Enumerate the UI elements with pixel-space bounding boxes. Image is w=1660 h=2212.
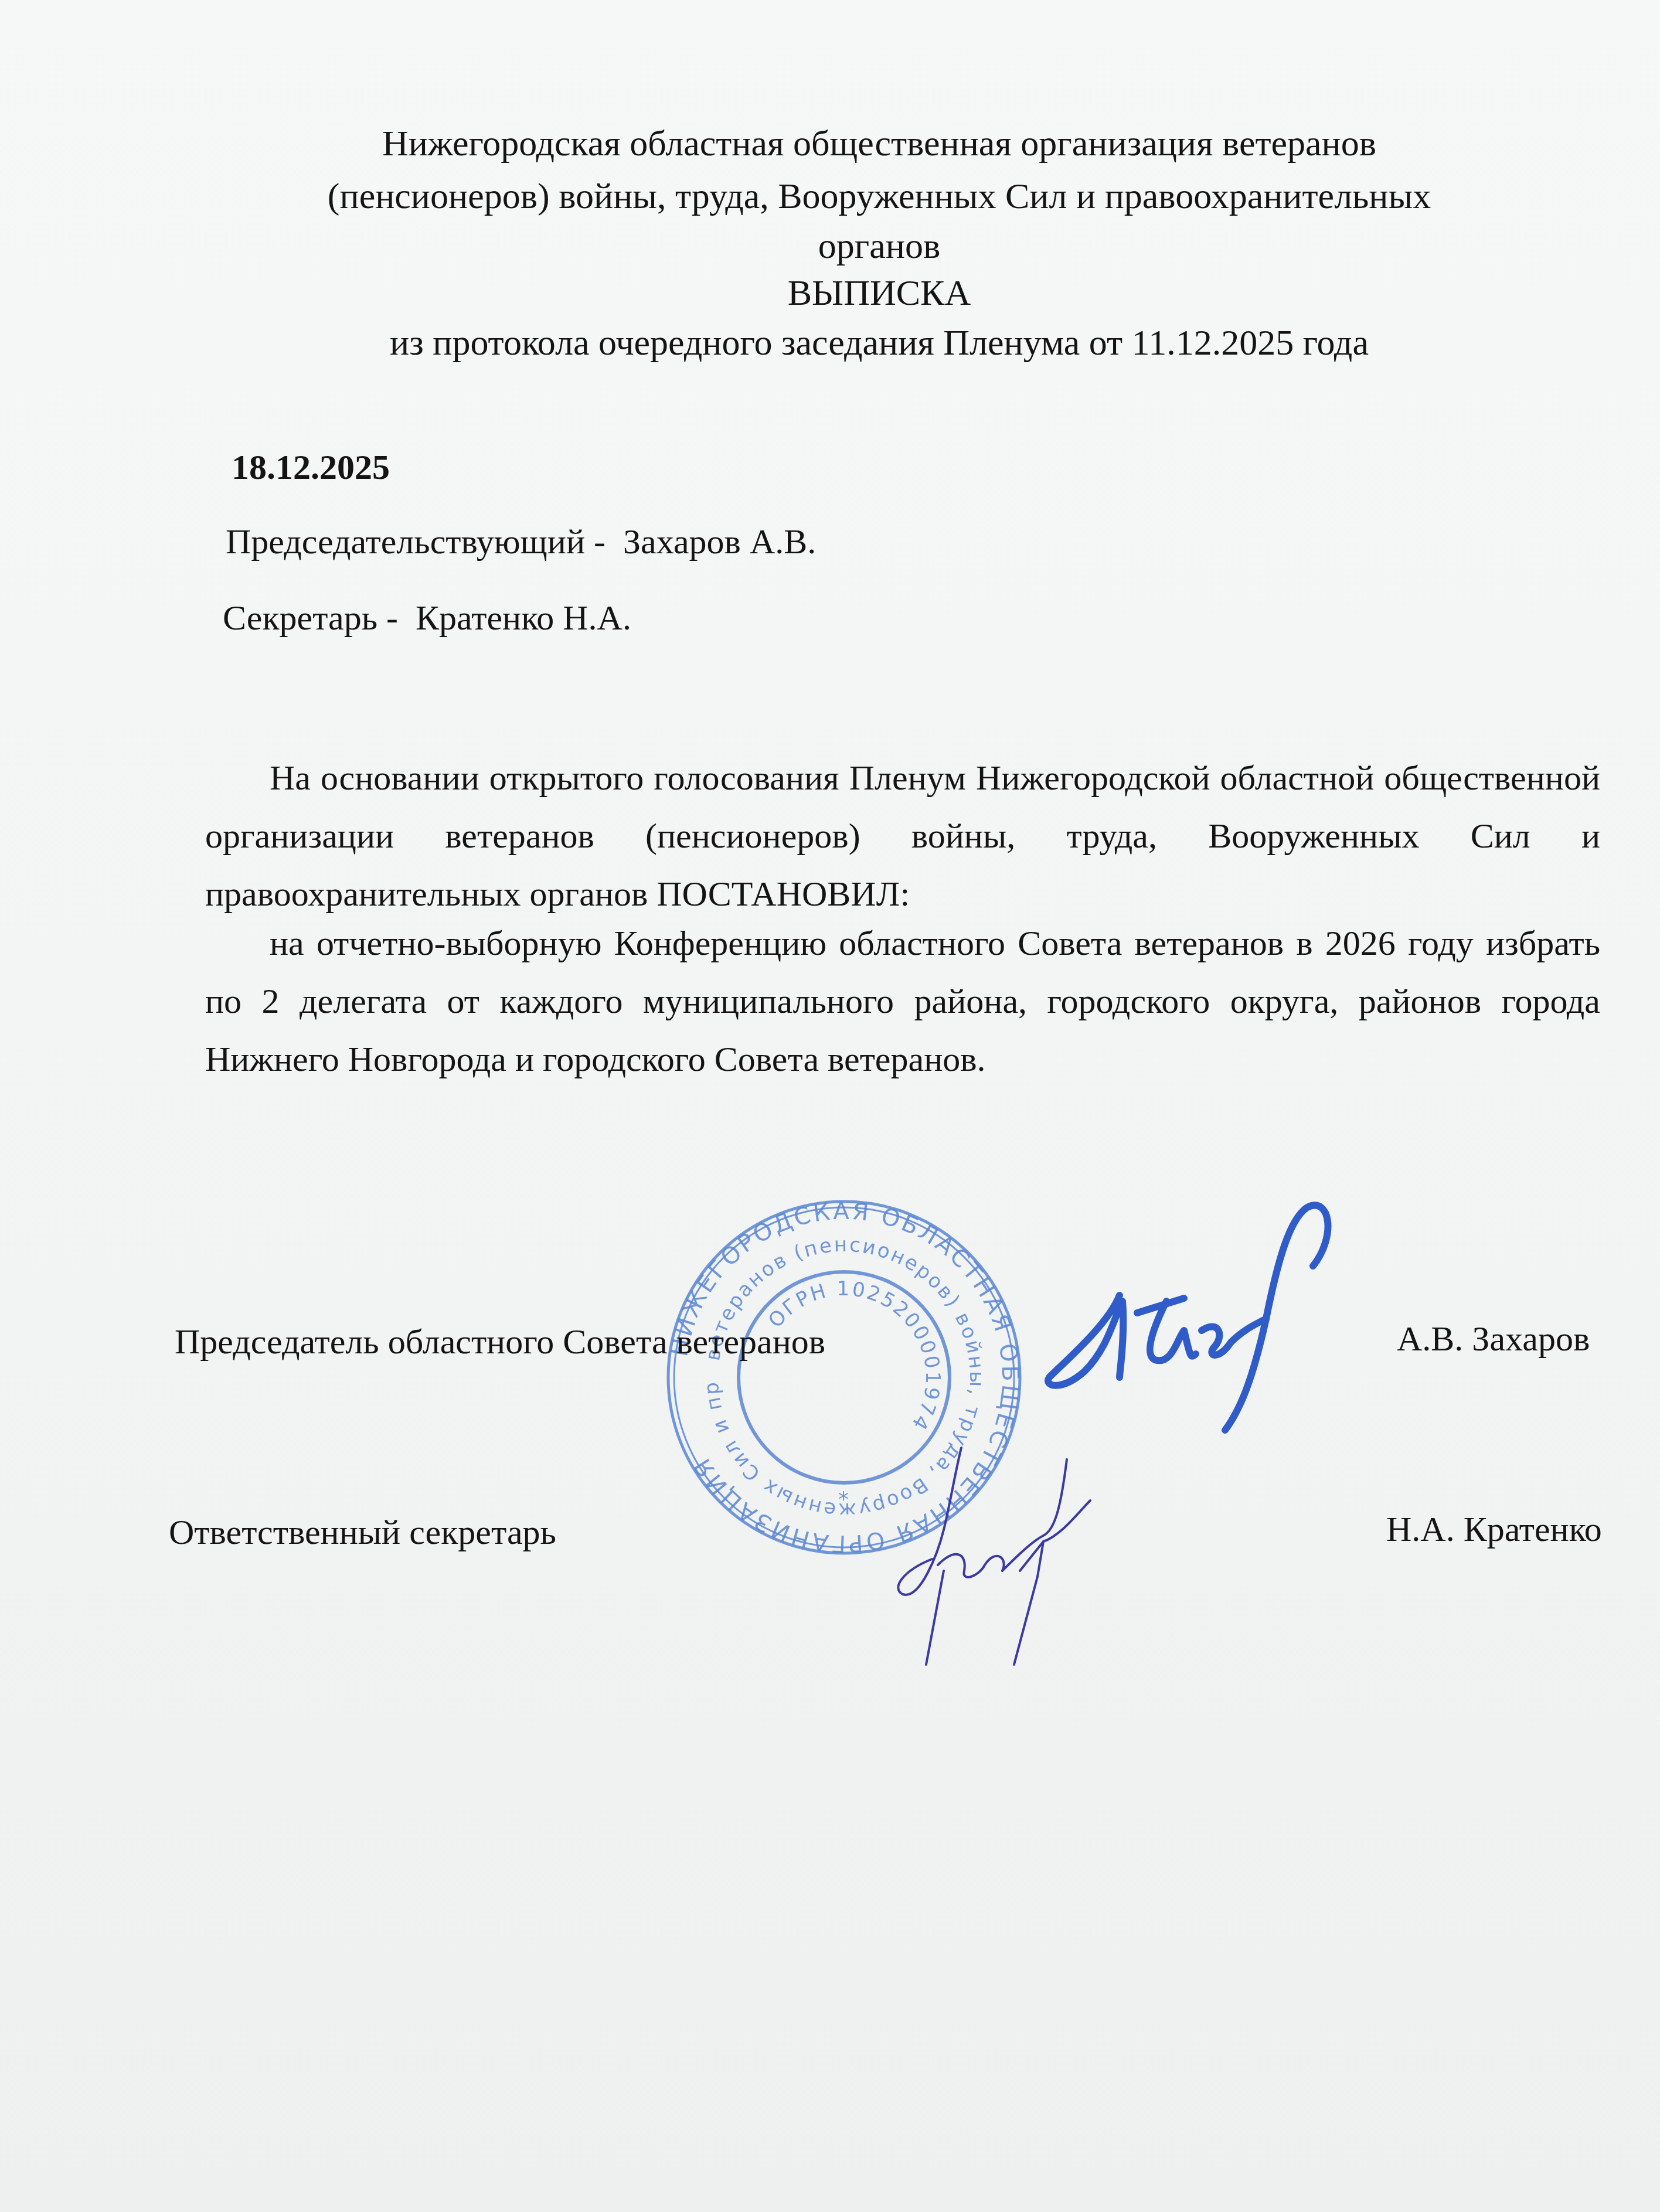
secretary-line: Секретарь - Кратенко Н.А.: [223, 598, 631, 638]
chairperson-line: Председательствующий - Захаров А.В.: [226, 522, 816, 562]
document-title: ВЫПИСКА: [234, 270, 1524, 317]
document-date: 18.12.2025: [232, 447, 390, 488]
secretary-name: Н.А. Кратенко: [1386, 1509, 1602, 1550]
org-name-line-1: Нижегородская областная общественная орг…: [234, 117, 1524, 170]
chairman-signature: [1032, 1184, 1395, 1436]
secretary-role-label: Ответственный секретарь: [169, 1512, 556, 1553]
resolution-preamble: На основании открытого голосования Плену…: [205, 749, 1600, 923]
chairman-role-label: Председатель областного Совета ветеранов: [175, 1322, 825, 1362]
org-name-line-2: (пенсионеров) войны, труда, Вооруженных …: [234, 170, 1524, 223]
document-subtitle: из протокола очередного заседания Пленум…: [234, 317, 1524, 369]
svg-text:*: *: [838, 1488, 849, 1512]
org-name-line-3: органов: [234, 223, 1524, 270]
resolution-preamble-text: На основании открытого голосования Плену…: [205, 758, 1600, 913]
document-page: Нижегородская областная общественная орг…: [0, 0, 1660, 2212]
secretary-signature: [868, 1436, 1137, 1670]
chairman-name: А.В. Захаров: [1397, 1319, 1590, 1359]
document-header: Нижегородская областная общественная орг…: [234, 117, 1524, 369]
resolution-body-text: на отчетно-выборную Конференцию областно…: [205, 924, 1600, 1078]
resolution-body: на отчетно-выборную Конференцию областно…: [205, 914, 1600, 1088]
